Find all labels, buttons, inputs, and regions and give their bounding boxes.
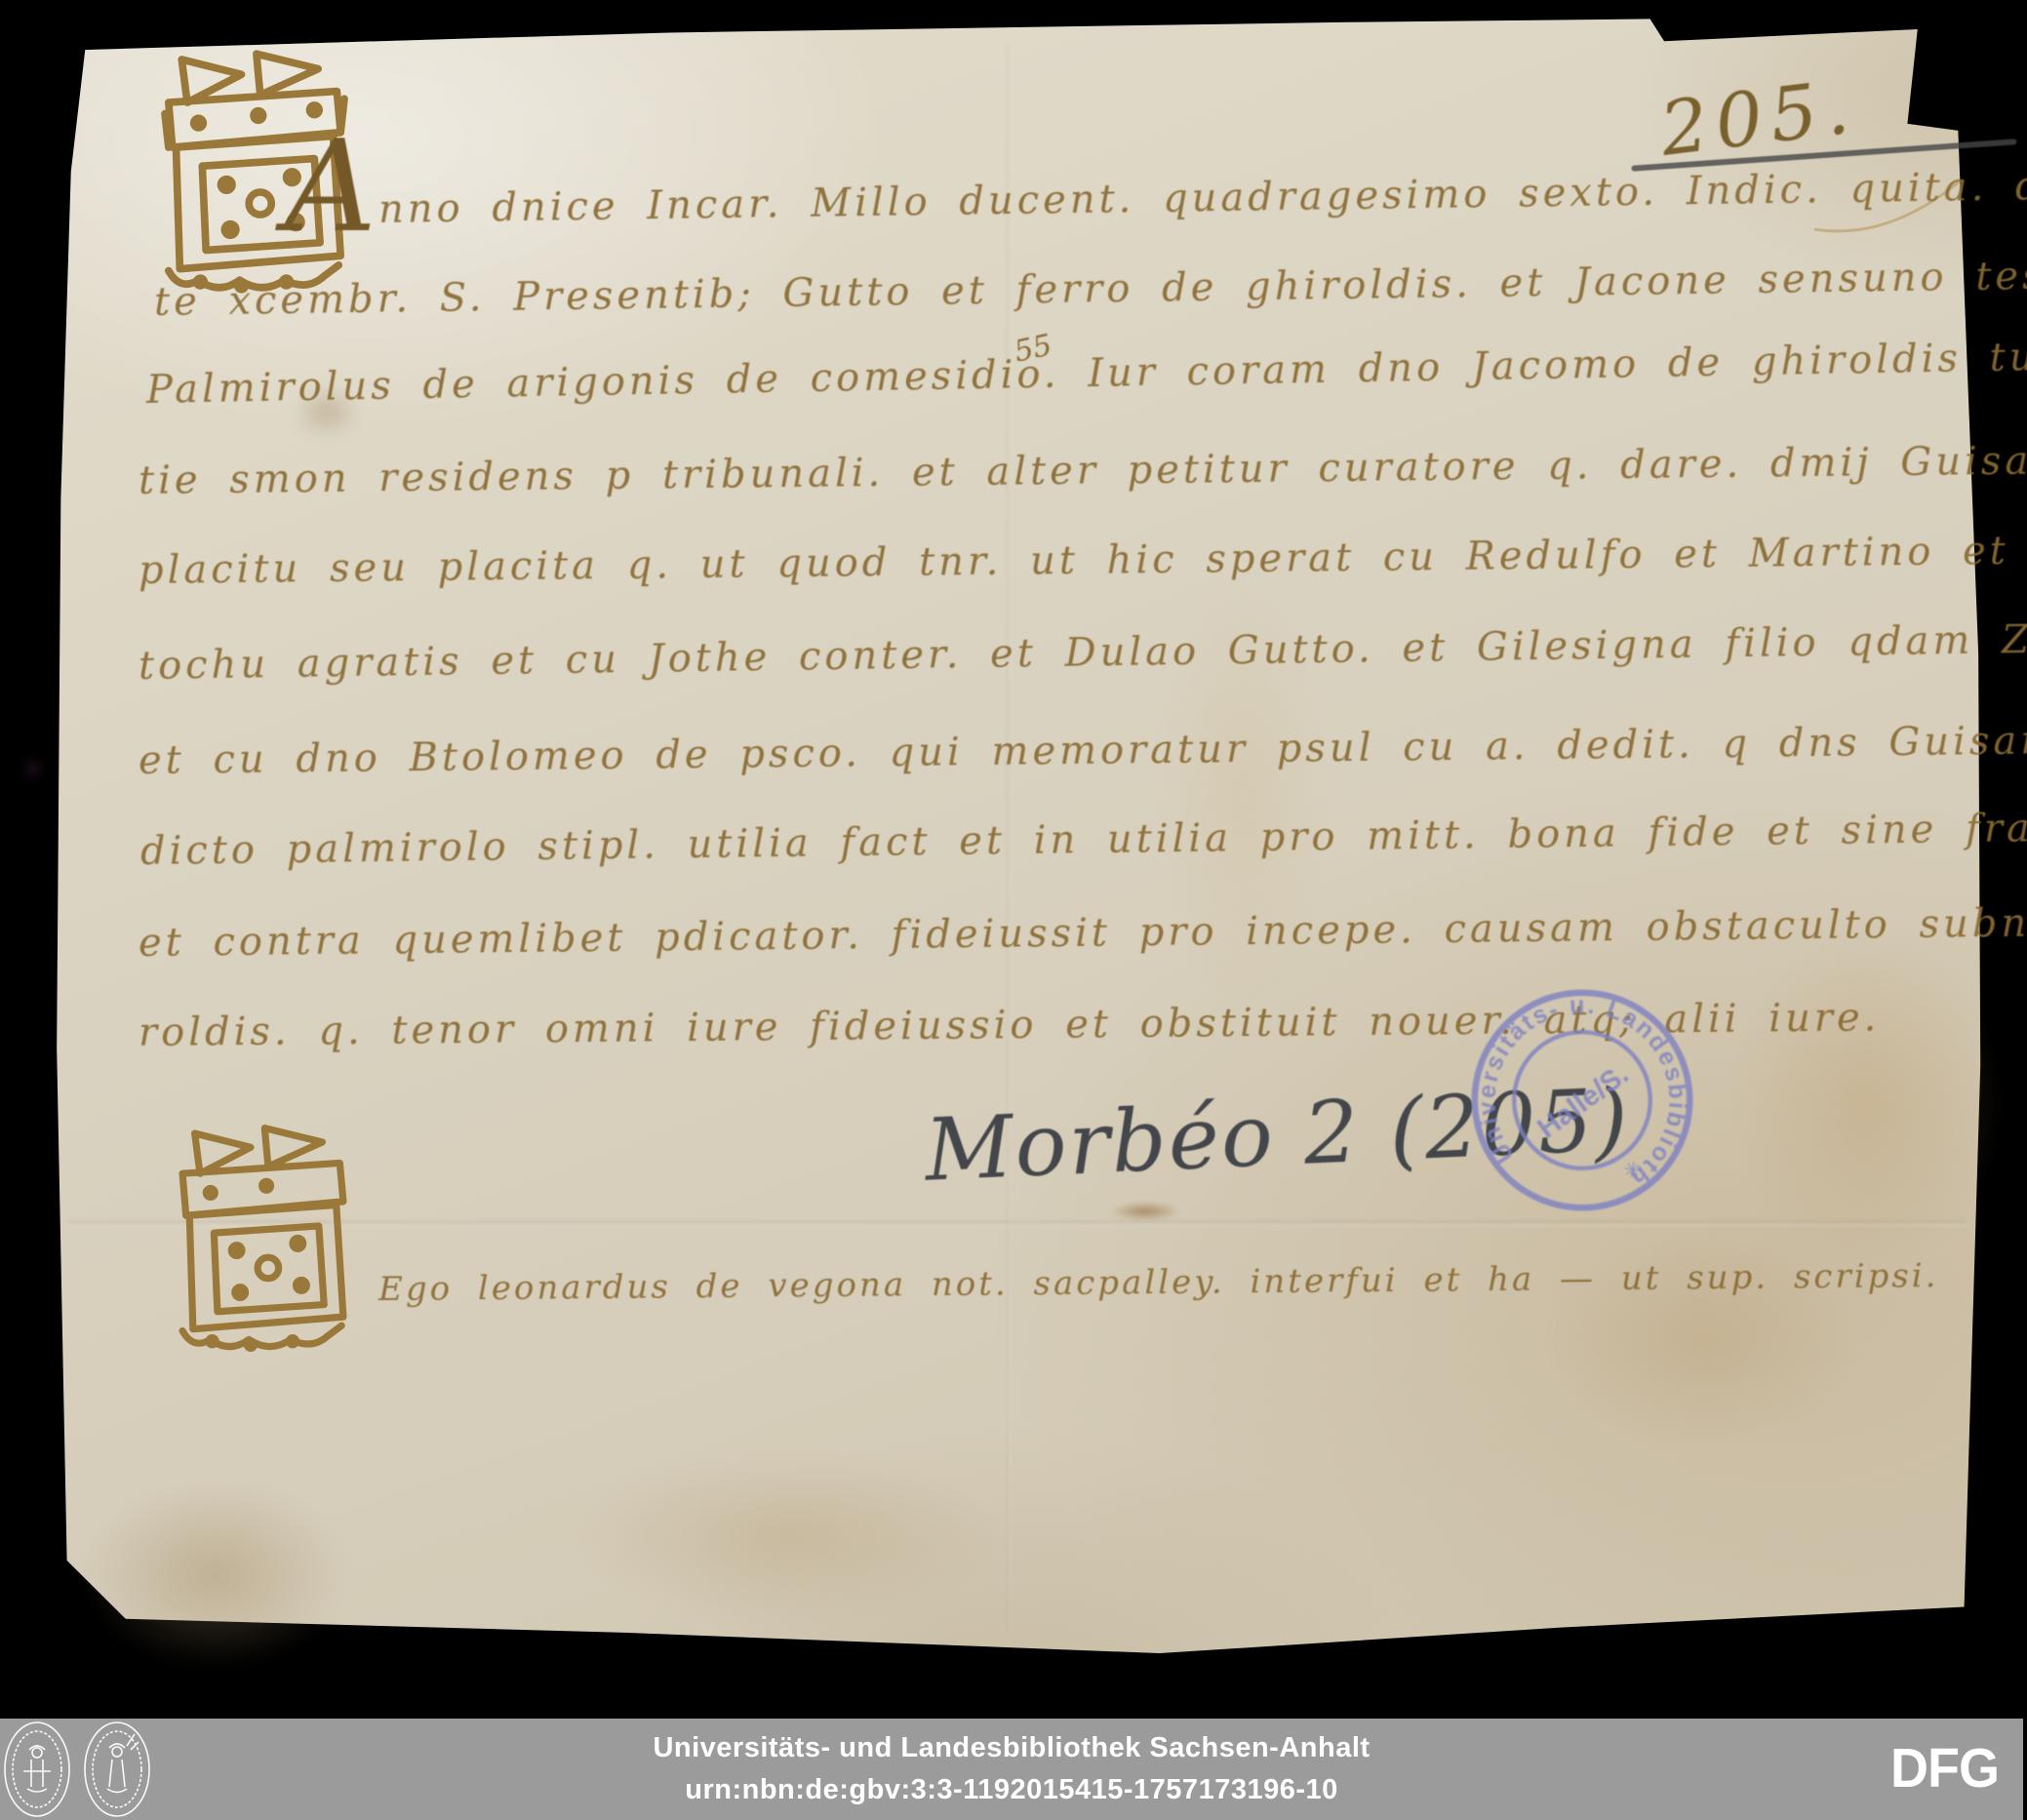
- manuscript-initial: A: [285, 123, 377, 250]
- stain-blob: [1736, 936, 2000, 1268]
- dfg-logo: DFG: [1890, 1736, 1999, 1800]
- library-name: Universitäts- und Landesbibliothek Sachs…: [653, 1732, 1370, 1764]
- stain-blob: [83, 1483, 346, 1668]
- university-seal-icon: [5, 1722, 69, 1816]
- ink-smudge: [1110, 1202, 1180, 1221]
- stain-blob: [576, 1453, 995, 1619]
- notary-sign-icon: [158, 1124, 368, 1353]
- stamp-center-text: Halle/S.: [1531, 1058, 1634, 1145]
- footer-text-block: Universitäts- und Landesbibliothek Sachs…: [0, 1719, 2023, 1820]
- urn-identifier: urn:nbn:de:gbv:3:3-1192015415-1757173196…: [685, 1774, 1338, 1806]
- university-seals: [0, 1721, 215, 1820]
- university-seal-icon: [85, 1722, 149, 1816]
- scan-viewer: 205. A nno dnice Incar. Millo ducent. qu…: [0, 0, 2027, 1820]
- stain-speck: [25, 759, 41, 778]
